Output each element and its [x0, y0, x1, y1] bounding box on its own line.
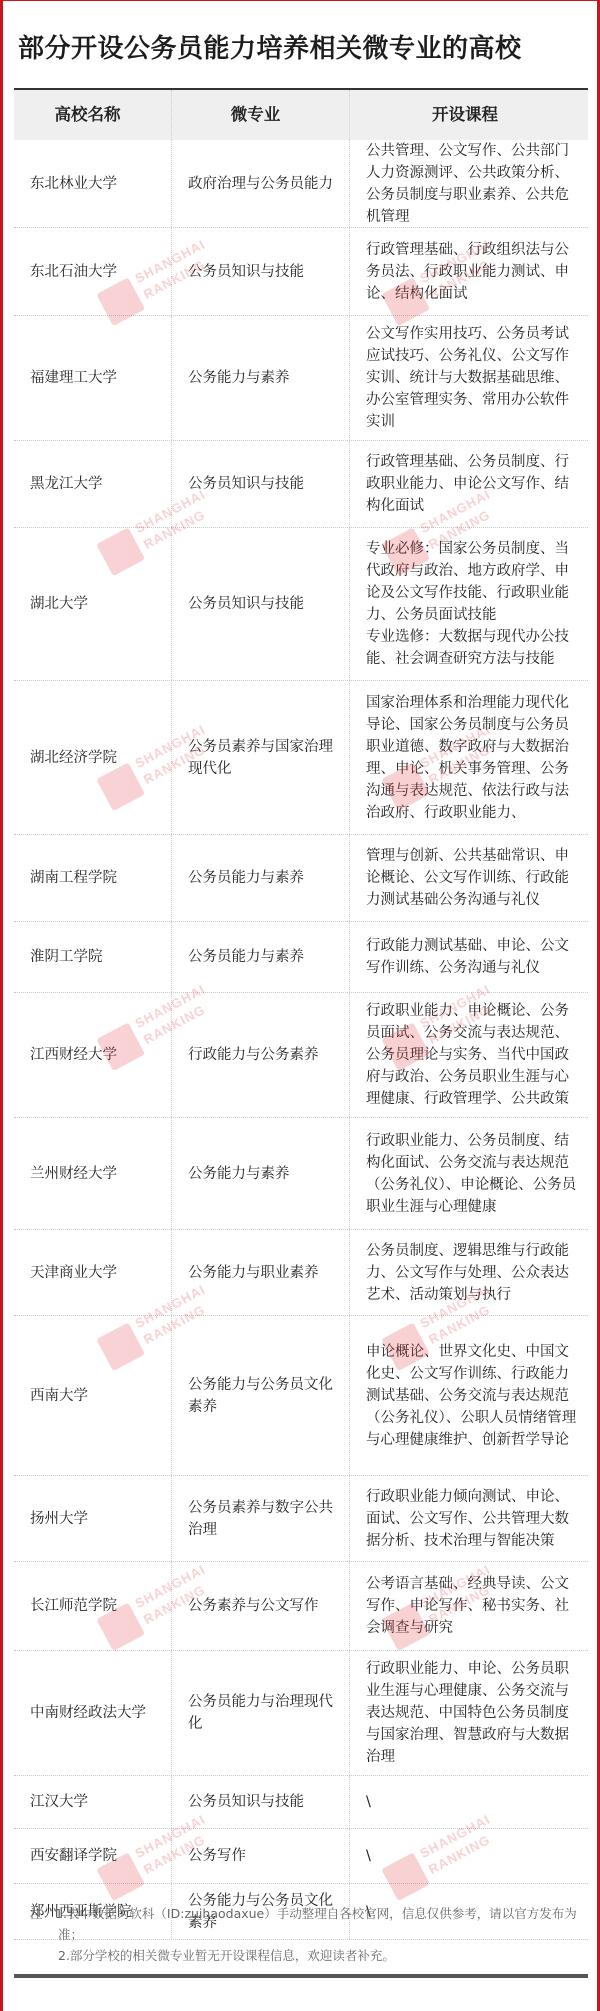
courses-cell: 国家治理体系和治理能力现代化导论、国家公务员制度与公务员职业道德、数字政府与大数…: [350, 681, 588, 834]
courses-cell: 管理与创新、公共基础常识、申论概论、公文写作训练、行政能力测试基础公务沟通与礼仪: [350, 835, 588, 921]
school-cell: 黑龙江大学: [14, 441, 172, 527]
footnote-2: 2.部分学校的相关微专业暂无开设课程信息，欢迎读者补充。: [30, 1945, 578, 1966]
table-row: 福建理工大学公务能力与素养公文写作实用技巧、公务员考试应试技巧、公务礼仪、公文写…: [14, 316, 588, 441]
courses-cell: 公务员制度、逻辑思维与行政能力、公文写作与处理、公众表达艺术、活动策划与执行: [350, 1230, 588, 1315]
table-row: 东北石油大学公务员知识与技能行政管理基础、行政组织法与公务员法、行政职业能力测试…: [14, 228, 588, 316]
major-cell: 公务能力与素养: [172, 1118, 350, 1229]
major-cell: 公务能力与素养: [172, 316, 350, 440]
courses-cell: 行政职业能力、申论、公务员职业生涯与心理健康、公务交流与表达规范、中国特色公务员…: [350, 1651, 588, 1775]
courses-cell: 公考语言基础、经典导读、公文写作、申论写作、秘书实务、社会调查与研究: [350, 1562, 588, 1650]
major-cell: 公务员知识与技能: [172, 1776, 350, 1828]
school-cell: 东北石油大学: [14, 228, 172, 315]
courses-cell: \: [350, 1829, 588, 1883]
major-cell: 公务能力与公务员文化素养: [172, 1316, 350, 1475]
major-cell: 公务素养与公文写作: [172, 1562, 350, 1650]
table-row: 西南大学公务能力与公务员文化素养申论概论、世界文化史、中国文化史、公文写作训练、…: [14, 1316, 588, 1476]
page-title: 部分开设公务员能力培养相关微专业的高校: [18, 28, 522, 65]
table-row: 兰州财经大学公务能力与素养行政职业能力、公务员制度、结构化面试、公务交流与表达规…: [14, 1118, 588, 1230]
school-cell: 江西财经大学: [14, 993, 172, 1117]
major-cell: 行政能力与公务素养: [172, 993, 350, 1117]
school-cell: 东北林业大学: [14, 140, 172, 227]
courses-cell: 公文写作实用技巧、公务员考试应试技巧、公务礼仪、公文写作实训、统计与大数据基础思…: [350, 316, 588, 440]
table-row: 扬州大学公务员素养与数字公共治理行政职业能力倾向测试、申论、面试、公文写作、公共…: [14, 1476, 588, 1562]
school-cell: 湖南工程学院: [14, 835, 172, 921]
major-cell: 公务员知识与技能: [172, 441, 350, 527]
table-row: 湖北大学公务员知识与技能专业必修：国家公务员制度、当代政府与政治、地方政府学、申…: [14, 528, 588, 681]
table-row: 黑龙江大学公务员知识与技能行政管理基础、公务员制度、行政职业能力、申论公文写作、…: [14, 441, 588, 528]
table-row: 长江师范学院公务素养与公文写作公考语言基础、经典导读、公文写作、申论写作、秘书实…: [14, 1562, 588, 1651]
courses-cell: \: [350, 1776, 588, 1828]
table-header-row: 高校名称 微专业 开设课程: [14, 90, 588, 140]
school-cell: 江汉大学: [14, 1776, 172, 1828]
school-cell: 淮阴工学院: [14, 922, 172, 992]
courses-cell: 行政职业能力、公务员制度、结构化面试、公务交流与表达规范（公务礼仪）、申论概论、…: [350, 1118, 588, 1229]
table-row: 西安翻译学院公务写作\: [14, 1829, 588, 1884]
major-cell: 公务员素养与国家治理现代化: [172, 681, 350, 834]
school-cell: 西安翻译学院: [14, 1829, 172, 1883]
footnote-1: 注：1.表中数据为软科（ID:zuihaodaxue）手动整理自各校官网，信息仅…: [30, 1903, 578, 1945]
major-cell: 公务员知识与技能: [172, 228, 350, 315]
major-cell: 公务员能力与治理现代化: [172, 1651, 350, 1775]
school-cell: 兰州财经大学: [14, 1118, 172, 1229]
major-cell: 公务员知识与技能: [172, 528, 350, 680]
school-cell: 湖北经济学院: [14, 681, 172, 834]
table-row: 中南财经政法大学公务员能力与治理现代化行政职业能力、申论、公务员职业生涯与心理健…: [14, 1651, 588, 1776]
school-cell: 西南大学: [14, 1316, 172, 1475]
footnotes: 注：1.表中数据为软科（ID:zuihaodaxue）手动整理自各校官网，信息仅…: [14, 1897, 588, 1978]
table-row: 湖南工程学院公务员能力与素养管理与创新、公共基础常识、申论概论、公文写作训练、行…: [14, 835, 588, 922]
courses-cell: 申论概论、世界文化史、中国文化史、公文写作训练、行政能力测试基础、公务交流与表达…: [350, 1316, 588, 1475]
courses-cell: 行政职业能力倾向测试、申论、面试、公文写作、公共管理大数据分析、技术治理与智能决…: [350, 1476, 588, 1561]
table-row: 东北林业大学政府治理与公务员能力公共管理、公文写作、公共部门人力资源测评、公共政…: [14, 140, 588, 228]
header-major: 微专业: [172, 90, 350, 140]
school-cell: 长江师范学院: [14, 1562, 172, 1650]
courses-cell: 专业必修：国家公务员制度、当代政府与政治、地方政府学、申论及公文写作技能、行政职…: [350, 528, 588, 680]
table-row: 江西财经大学行政能力与公务素养行政职业能力、申论概论、公务员面试、公务交流与表达…: [14, 993, 588, 1118]
courses-cell: 行政管理基础、公务员制度、行政职业能力、申论公文写作、结构化面试: [350, 441, 588, 527]
table-body: 东北林业大学政府治理与公务员能力公共管理、公文写作、公共部门人力资源测评、公共政…: [14, 140, 588, 1940]
school-cell: 湖北大学: [14, 528, 172, 680]
courses-cell: 行政管理基础、行政组织法与公务员法、行政职业能力测试、申论、结构化面试: [350, 228, 588, 315]
school-cell: 天津商业大学: [14, 1230, 172, 1315]
header-courses: 开设课程: [350, 90, 588, 140]
table-row: 淮阴工学院公务员能力与素养行政能力测试基础、申论、公文写作训练、公务沟通与礼仪: [14, 922, 588, 993]
table-row: 湖北经济学院公务员素养与国家治理现代化国家治理体系和治理能力现代化导论、国家公务…: [14, 681, 588, 835]
school-cell: 中南财经政法大学: [14, 1651, 172, 1775]
table-row: 江汉大学公务员知识与技能\: [14, 1776, 588, 1829]
major-cell: 公务写作: [172, 1829, 350, 1883]
major-cell: 公务能力与职业素养: [172, 1230, 350, 1315]
school-cell: 福建理工大学: [14, 316, 172, 440]
courses-cell: 行政能力测试基础、申论、公文写作训练、公务沟通与礼仪: [350, 922, 588, 992]
courses-cell: 行政职业能力、申论概论、公务员面试、公务交流与表达规范、公务员理论与实务、当代中…: [350, 993, 588, 1117]
micro-major-table: 高校名称 微专业 开设课程 东北林业大学政府治理与公务员能力公共管理、公文写作、…: [14, 88, 588, 1940]
major-cell: 公务员能力与素养: [172, 835, 350, 921]
major-cell: 政府治理与公务员能力: [172, 140, 350, 227]
school-cell: 扬州大学: [14, 1476, 172, 1561]
table-row: 天津商业大学公务能力与职业素养公务员制度、逻辑思维与行政能力、公文写作与处理、公…: [14, 1230, 588, 1316]
courses-cell: 公共管理、公文写作、公共部门人力资源测评、公共政策分析、公务员制度与职业素养、公…: [350, 140, 588, 227]
header-school: 高校名称: [14, 90, 172, 140]
major-cell: 公务员素养与数字公共治理: [172, 1476, 350, 1561]
major-cell: 公务员能力与素养: [172, 922, 350, 992]
